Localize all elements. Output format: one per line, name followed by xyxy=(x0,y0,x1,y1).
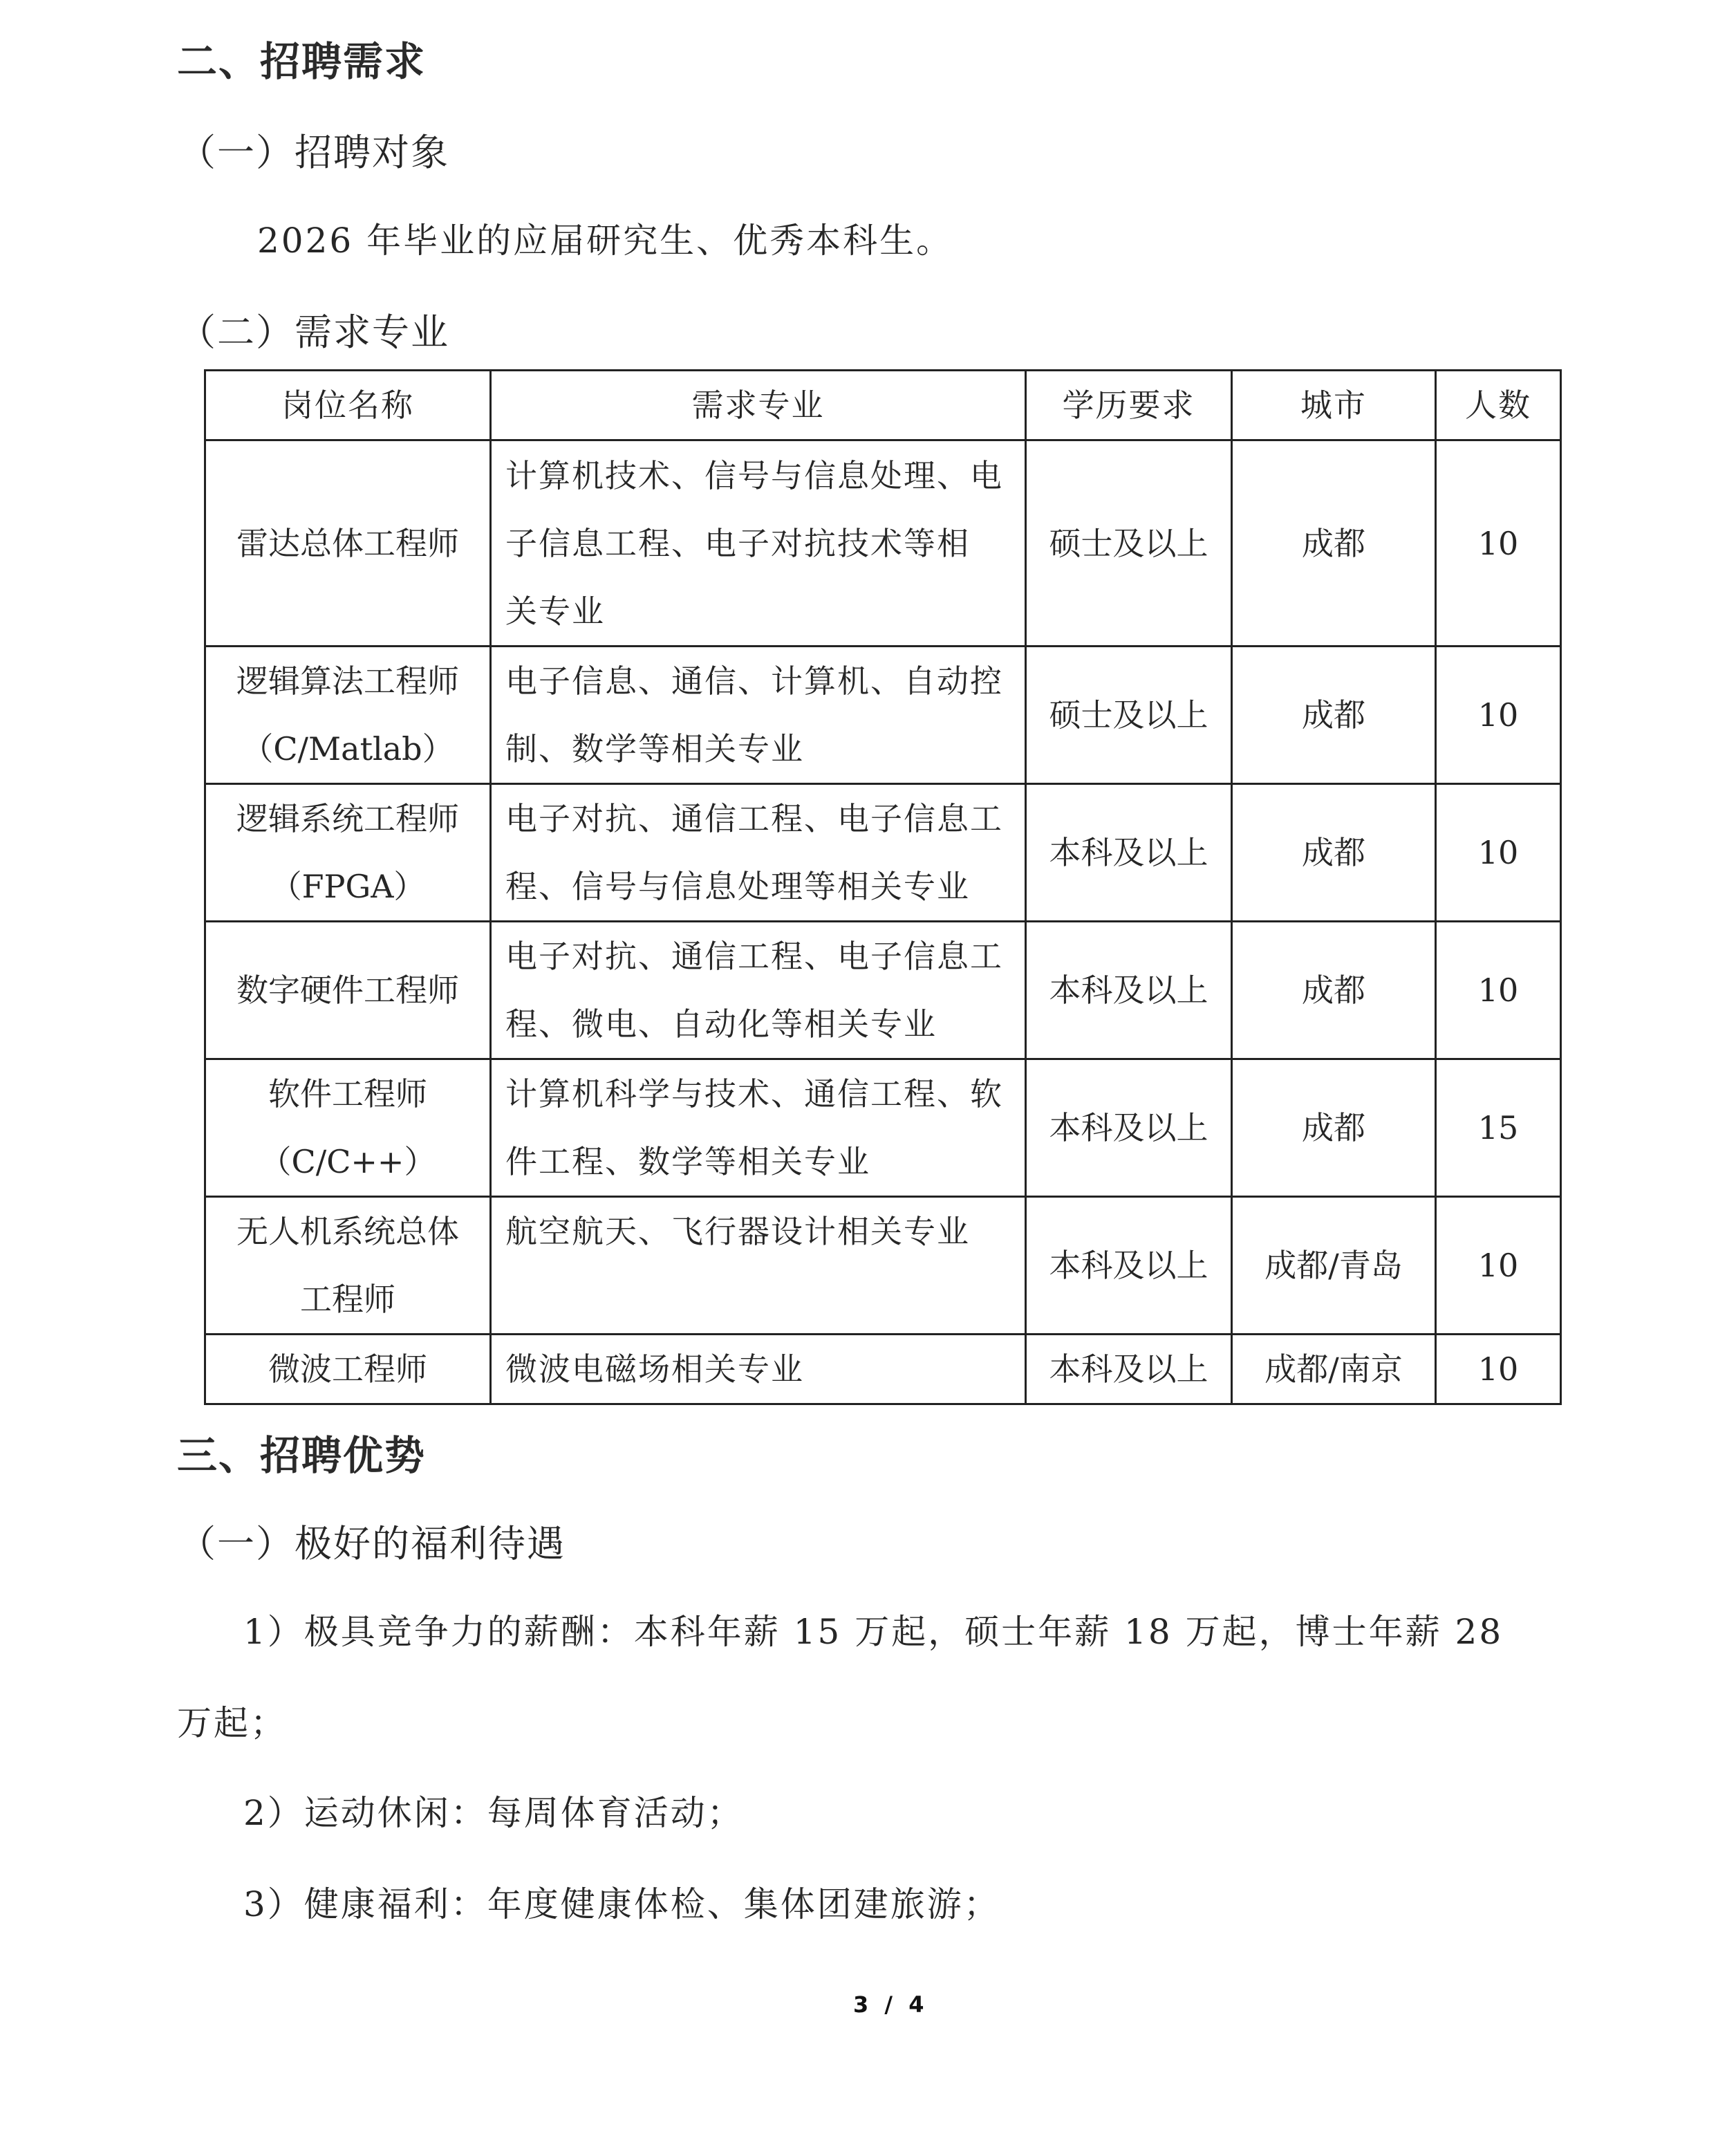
position-name: 逻辑算法工程师 （C/Matlab） xyxy=(205,647,491,784)
position-name: 微波工程师 xyxy=(205,1335,491,1404)
major-line: 电子对抗、通信工程、电子信息工 xyxy=(505,785,1011,853)
major-line: 程、信号与信息处理等相关专业 xyxy=(505,853,1011,920)
table-row: 逻辑算法工程师 （C/Matlab） 电子信息、通信、计算机、自动控 制、数学等… xyxy=(205,647,1561,784)
headcount: 10 xyxy=(1436,647,1561,784)
major-line: 制、数学等相关专业 xyxy=(505,715,1011,783)
major-line: 电子信息、通信、计算机、自动控 xyxy=(505,647,1011,715)
table-header-row: 岗位名称 需求专业 学历要求 城市 人数 xyxy=(205,371,1561,440)
required-major: 航空航天、飞行器设计相关专业 xyxy=(491,1197,1026,1335)
benefit-item-health: 3）健康福利：年度健康体检、集体团建旅游； xyxy=(243,1877,1000,1926)
subheading-benefits: （一）极好的福利待遇 xyxy=(178,1514,566,1568)
position-name: 逻辑系统工程师 （FPGA） xyxy=(205,784,491,922)
subheading-recruitment-target: （一）招聘对象 xyxy=(178,123,449,176)
education-requirement: 本科及以上 xyxy=(1026,1335,1232,1404)
table-row: 无人机系统总体 工程师 航空航天、飞行器设计相关专业 本科及以上 成都/青岛 1… xyxy=(205,1197,1561,1335)
major-line: 件工程、数学等相关专业 xyxy=(505,1128,1011,1196)
headcount: 15 xyxy=(1436,1059,1561,1197)
required-major: 微波电磁场相关专业 xyxy=(491,1335,1026,1404)
table-row: 雷达总体工程师 计算机技术、信号与信息处理、电 子信息工程、电子对抗技术等相 关… xyxy=(205,440,1561,647)
table-row: 微波工程师 微波电磁场相关专业 本科及以上 成都/南京 10 xyxy=(205,1335,1561,1404)
headcount: 10 xyxy=(1436,440,1561,647)
major-line: 计算机科学与技术、通信工程、软 xyxy=(505,1060,1011,1128)
major-line: 微波电磁场相关专业 xyxy=(505,1335,1011,1403)
city: 成都/南京 xyxy=(1232,1335,1436,1404)
city: 成都 xyxy=(1232,922,1436,1059)
education-requirement: 本科及以上 xyxy=(1026,1059,1232,1197)
education-requirement: 本科及以上 xyxy=(1026,1197,1232,1335)
position-name-line: 无人机系统总体 xyxy=(214,1198,481,1265)
required-major: 电子对抗、通信工程、电子信息工 程、微电、自动化等相关专业 xyxy=(491,922,1026,1059)
required-major: 电子对抗、通信工程、电子信息工 程、信号与信息处理等相关专业 xyxy=(491,784,1026,922)
position-name-line: （C/C++） xyxy=(214,1128,481,1196)
position-name-line: 逻辑系统工程师 xyxy=(214,785,481,853)
required-major: 计算机科学与技术、通信工程、软 件工程、数学等相关专业 xyxy=(491,1059,1026,1197)
major-line: 关专业 xyxy=(505,577,1011,645)
required-major: 电子信息、通信、计算机、自动控 制、数学等相关专业 xyxy=(491,647,1026,784)
benefit-item-salary-cont: 万起； xyxy=(177,1695,287,1745)
education-requirement: 本科及以上 xyxy=(1026,784,1232,922)
city: 成都 xyxy=(1232,647,1436,784)
position-name: 数字硬件工程师 xyxy=(205,922,491,1059)
headcount: 10 xyxy=(1436,922,1561,1059)
table-row: 数字硬件工程师 电子对抗、通信工程、电子信息工 程、微电、自动化等相关专业 本科… xyxy=(205,922,1561,1059)
position-name-line: （C/Matlab） xyxy=(214,715,481,783)
major-line: 航空航天、飞行器设计相关专业 xyxy=(505,1198,1011,1265)
recruitment-target-text: 2026 年毕业的应届研究生、优秀本科生。 xyxy=(257,213,953,263)
city: 成都 xyxy=(1232,440,1436,647)
benefit-item-sports: 2）运动休闲：每周体育活动； xyxy=(243,1785,744,1835)
header-position: 岗位名称 xyxy=(205,371,491,440)
position-name-line: 逻辑算法工程师 xyxy=(214,647,481,715)
section-heading-recruitment-advantages: 三、招聘优势 xyxy=(177,1423,426,1481)
position-name-line: 工程师 xyxy=(214,1265,481,1333)
major-line: 程、微电、自动化等相关专业 xyxy=(505,990,1011,1058)
position-name: 软件工程师 （C/C++） xyxy=(205,1059,491,1197)
headcount: 10 xyxy=(1436,1197,1561,1335)
position-name: 雷达总体工程师 xyxy=(205,440,491,647)
position-name-line: 微波工程师 xyxy=(214,1335,481,1403)
section-heading-recruitment-needs: 二、招聘需求 xyxy=(177,29,426,87)
major-line: 子信息工程、电子对抗技术等相 xyxy=(505,510,1011,577)
education-requirement: 本科及以上 xyxy=(1026,922,1232,1059)
header-major: 需求专业 xyxy=(491,371,1026,440)
benefit-item-salary: 1）极具竞争力的薪酬：本科年薪 15 万起，硕士年薪 18 万起，博士年薪 28 xyxy=(243,1604,1503,1654)
major-line xyxy=(505,1265,1011,1333)
table-row: 软件工程师 （C/C++） 计算机科学与技术、通信工程、软 件工程、数学等相关专… xyxy=(205,1059,1561,1197)
city: 成都/青岛 xyxy=(1232,1197,1436,1335)
education-requirement: 硕士及以上 xyxy=(1026,647,1232,784)
header-education: 学历要求 xyxy=(1026,371,1232,440)
header-city: 城市 xyxy=(1232,371,1436,440)
major-line: 电子对抗、通信工程、电子信息工 xyxy=(505,922,1011,990)
position-name-line: 软件工程师 xyxy=(214,1060,481,1128)
table-row: 逻辑系统工程师 （FPGA） 电子对抗、通信工程、电子信息工 程、信号与信息处理… xyxy=(205,784,1561,922)
city: 成都 xyxy=(1232,1059,1436,1197)
city: 成都 xyxy=(1232,784,1436,922)
headcount: 10 xyxy=(1436,784,1561,922)
major-line: 计算机技术、信号与信息处理、电 xyxy=(505,442,1011,510)
subheading-required-majors: （二）需求专业 xyxy=(178,303,449,356)
header-headcount: 人数 xyxy=(1436,371,1561,440)
requirements-table: 岗位名称 需求专业 学历要求 城市 人数 雷达总体工程师 计算机技术、信号与信息… xyxy=(204,369,1562,1405)
position-name: 无人机系统总体 工程师 xyxy=(205,1197,491,1335)
required-major: 计算机技术、信号与信息处理、电 子信息工程、电子对抗技术等相 关专业 xyxy=(491,440,1026,647)
position-name-line: （FPGA） xyxy=(214,853,481,920)
education-requirement: 硕士及以上 xyxy=(1026,440,1232,647)
page-number: 3 / 4 xyxy=(853,1991,928,2018)
headcount: 10 xyxy=(1436,1335,1561,1404)
position-name-line: 数字硬件工程师 xyxy=(214,956,481,1024)
position-name-line: 雷达总体工程师 xyxy=(214,510,481,577)
